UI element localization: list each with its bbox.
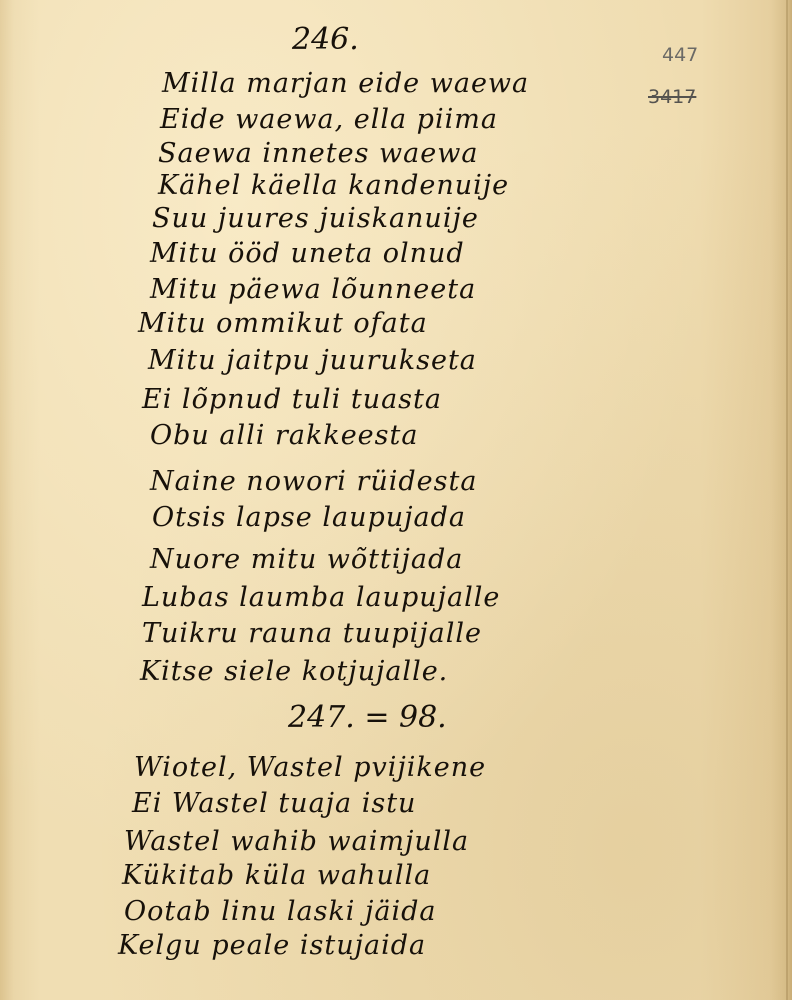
poem-line: Nuore mitu wõttijada bbox=[150, 544, 463, 575]
poem-247-number: 247. = 98. bbox=[288, 700, 447, 735]
poem-line: Milla marjan eide waewa bbox=[162, 68, 529, 99]
poem-line: Mitu ommikut ofata bbox=[138, 308, 428, 339]
poem-line: Eide waewa, ella piima bbox=[160, 104, 498, 135]
archive-number-struck: 3417 bbox=[648, 86, 696, 108]
poem-line: Ei Wastel tuaja istu bbox=[132, 788, 416, 819]
poem-line: Wastel wahib waimjulla bbox=[124, 826, 469, 857]
page-edge bbox=[786, 0, 788, 1000]
poem-line: Kelgu peale istujaida bbox=[118, 930, 426, 961]
poem-line: Lubas laumba laupujalle bbox=[142, 582, 500, 613]
poem-line: Mitu jaitpu juurukseta bbox=[148, 345, 477, 376]
poem-line: Mitu ööd uneta olnud bbox=[150, 238, 465, 269]
poem-line: Wiotel, Wastel pvijikene bbox=[134, 752, 486, 783]
poem-line: Otsis lapse laupujada bbox=[152, 502, 466, 533]
archive-number-current: 447 bbox=[662, 44, 698, 66]
poem-line: Kükitab küla wahulla bbox=[122, 860, 431, 891]
manuscript-page: 246. 447 3417 Milla marjan eide waewa Ei… bbox=[0, 0, 792, 1000]
poem-line: Naine nowori rüidesta bbox=[150, 466, 477, 497]
poem-line: Obu alli rakkeesta bbox=[150, 420, 418, 451]
poem-line: Tuikru rauna tuupijalle bbox=[142, 618, 482, 649]
poem-line: Ootab linu laski jäida bbox=[124, 896, 437, 927]
poem-246-number: 246. bbox=[292, 22, 359, 57]
poem-line: Saewa innetes waewa bbox=[158, 138, 478, 169]
poem-line: Ei lõpnud tuli tuasta bbox=[142, 384, 442, 415]
poem-line: Kitse siele kotjujalle. bbox=[140, 656, 448, 687]
poem-line: Mitu päewa lõunneeta bbox=[150, 274, 476, 305]
poem-line: Suu juures juiskanuije bbox=[152, 203, 479, 234]
poem-line: Kähel käella kandenuije bbox=[158, 170, 509, 201]
